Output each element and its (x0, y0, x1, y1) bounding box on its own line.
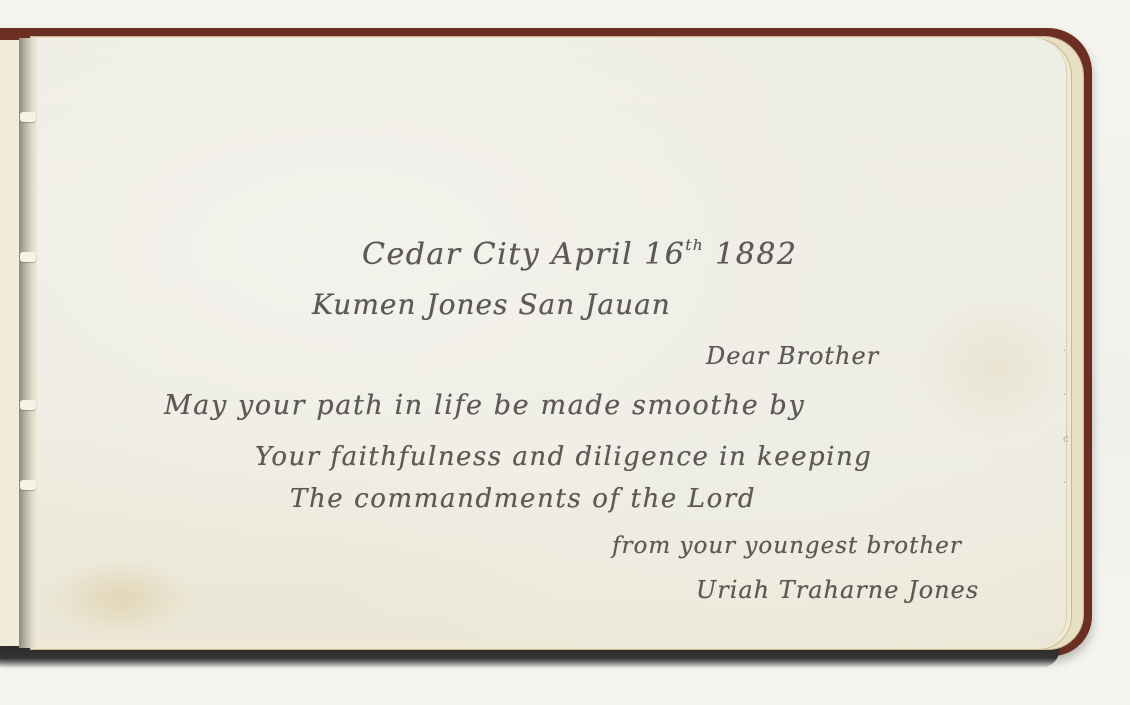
body-line: The commandments of the Lord (290, 484, 756, 514)
binding-stitch (20, 252, 36, 262)
date: April 16 (551, 237, 685, 272)
closing-line: from your youngest brother (612, 533, 962, 559)
binding-stitch (20, 400, 36, 410)
paper-stain (46, 558, 196, 638)
book-binding-gutter (19, 38, 37, 648)
date-suffix: th (685, 236, 704, 254)
place: Cedar City (362, 237, 540, 272)
binding-stitch (20, 480, 36, 490)
salutation: Dear Brother (706, 342, 879, 370)
page-edge-marks: ··c· (1063, 330, 1075, 550)
body-line: Your faithfulness and diligence in keepi… (255, 442, 872, 472)
binding-stitch (20, 112, 36, 122)
addressee-line: Kumen Jones San Jauan (312, 288, 671, 321)
place-date-line: Cedar City April 16th 1882 (362, 236, 798, 272)
signature: Uriah Traharne Jones (696, 576, 979, 604)
body-line: May your path in life be made smoothe by (164, 390, 805, 421)
year: 1882 (715, 237, 797, 272)
paper-stain (916, 298, 1076, 438)
